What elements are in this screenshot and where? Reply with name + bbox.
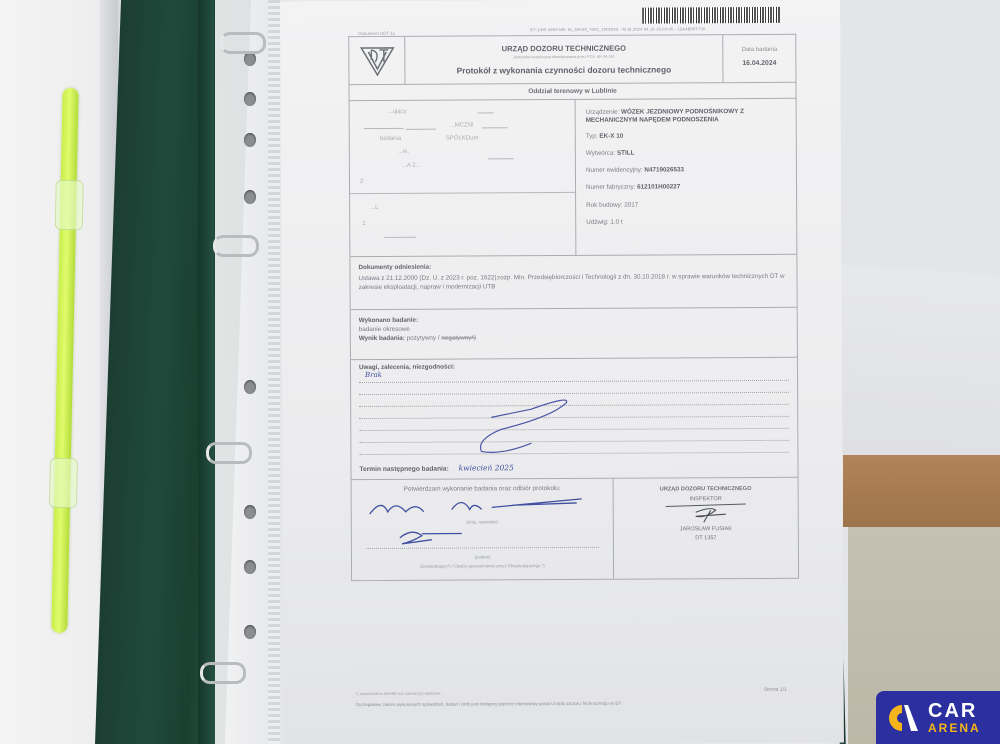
sleeve-perforation-strip: [268, 0, 280, 744]
type-value: EK-X 10: [599, 132, 623, 139]
next-exam-handwritten: kwiecień 2025: [459, 463, 514, 472]
registration-number-label: Numer ewidencyjny:: [586, 167, 643, 174]
serial-number-value: 612101H00227: [637, 184, 680, 191]
udt-inspection-protocol: ET-1/HS 4659 NR: ID_50049_7002_1002023 -…: [280, 0, 844, 744]
wooden-table-edge: [843, 455, 1000, 527]
redacted-text: ...ujący: [388, 109, 407, 115]
redacted-text: ...ie.: [398, 149, 409, 155]
udt-org-name: URZĄD DOZORU TECHNICZNEGO: [614, 486, 798, 493]
result-negative-struck: negatywny*): [441, 335, 476, 342]
result-label: Wynik badania:: [359, 335, 405, 342]
name-caption: (imię, nazwisko): [352, 519, 613, 525]
barcode: [642, 7, 780, 24]
signature-section: Potwierdzam wykonanie badania oraz odbió…: [352, 478, 799, 580]
device-details: Urządzenie: WÓZEK JEZDNIOWY PODNOŚNIKOWY…: [576, 99, 797, 255]
punch-hole: [244, 133, 256, 147]
binder-ring: [200, 662, 246, 684]
punch-hole: [244, 380, 256, 394]
role-caption: Eksploatujący*) / Osoby upoważnionej prz…: [352, 563, 613, 569]
punch-hole: [244, 625, 256, 639]
redacted-text: 2: [360, 179, 363, 185]
redacted-text: ...MCZNI: [450, 122, 474, 128]
capacity-value: 1.0 t: [610, 219, 622, 226]
punch-hole: [244, 52, 256, 66]
owner-device-section: ...ujący ...MCZNI badania SPÓŁKDum ...ie…: [350, 99, 797, 257]
client-confirmation: Potwierdzam wykonanie badania oraz odbió…: [352, 479, 615, 580]
manufacturer-value: STILL: [617, 150, 635, 157]
references-text: Ustawa z 21.12.2000 (Dz. U. z 2023 r. po…: [358, 272, 788, 293]
protocol-form: URZĄD DOZORU TECHNICZNEGO Jednostka insp…: [348, 34, 799, 581]
redacted-text: ...L: [370, 205, 378, 211]
strike-through-scribble: [471, 389, 581, 460]
binder-ring: [213, 235, 259, 257]
references-label: Dokumenty odniesienia:: [358, 261, 788, 272]
redacted-text: SPÓŁKDum: [446, 135, 479, 141]
footnote: *) niepotrzebne skreślić lub zaznaczyć w…: [356, 691, 441, 696]
punch-hole: [244, 505, 256, 519]
car-arena-watermark: CAR ARENA: [876, 691, 1000, 744]
client-signature-name: [362, 491, 592, 520]
punch-hole: [244, 560, 256, 574]
watermark-line2: ARENA: [928, 722, 981, 734]
binder-ring: [220, 32, 266, 54]
date-value: 16.04.2024: [723, 60, 795, 67]
result-separator: /: [438, 335, 440, 342]
signature-caption: (podpis): [352, 554, 613, 560]
remarks-label: Uwagi, zalecenia, niezgodności:: [359, 362, 789, 371]
org-subtitle: Jednostka inspekcyjna akredytowana przez…: [405, 54, 722, 60]
device-name-label: Urządzenie:: [586, 109, 620, 116]
punch-hole: [244, 92, 256, 106]
examination-section: Wykonano badanie: badanie okresowe Wynik…: [351, 308, 797, 360]
protocol-title: Protokół z wykonania czynności dozoru te…: [405, 64, 722, 76]
serial-number-label: Numer fabryczny:: [586, 184, 635, 191]
protocol-header: URZĄD DOZORU TECHNICZNEGO Jednostka insp…: [349, 35, 795, 85]
org-name: URZĄD DOZORU TECHNICZNEGO: [405, 43, 722, 54]
redacted-text: badania: [380, 136, 401, 142]
type-label: Typ:: [586, 132, 598, 139]
owner-block-redacted: ...ujący ...MCZNI badania SPÓŁKDum ...ie…: [350, 100, 577, 256]
background-sheet: [840, 264, 1000, 465]
inspector-block: URZĄD DOZORU TECHNICZNEGO INSPEKTOR JARO…: [614, 478, 799, 579]
binder-fold: [198, 0, 214, 744]
registration-number-value: N4719026533: [644, 167, 684, 174]
capacity-label: Udźwig:: [586, 219, 608, 226]
inspector-id: DT 1357: [614, 535, 798, 542]
redacted-text: 1: [362, 221, 365, 227]
date-label: Data badania: [723, 47, 795, 53]
car-arena-logo-icon: [886, 701, 920, 735]
manufacturer-label: Wytwórca:: [586, 150, 615, 157]
client-signature: [392, 527, 472, 547]
page-number: Strona 1/1: [764, 687, 787, 693]
next-exam-row: Termin następnego badania: kwiecień 2025: [359, 463, 513, 473]
punch-hole: [244, 190, 256, 204]
reference-documents: Dokumenty odniesienia: Ustawa z 21.12.20…: [350, 255, 796, 310]
redacted-text: ...A 2...: [402, 163, 421, 169]
photo-scene: ET-1/HS 4659 NR: ID_50049_7002_1002023 -…: [0, 0, 1000, 744]
result-positive: pozytywny: [407, 335, 436, 342]
barcode-text: ET-1/HS 4659 NR: ID_50049_7002_1002023 -…: [530, 26, 709, 32]
inspector-signature: [656, 502, 756, 525]
remarks-handwritten: Brak: [365, 371, 382, 379]
build-year-value: 2017: [624, 201, 638, 208]
watermark-line1: CAR: [928, 701, 981, 721]
binder-ring: [206, 442, 252, 464]
next-exam-label: Termin następnego badania:: [359, 466, 448, 473]
footer-text: Szczegółowy zakres wykonanych sprawdzeń,…: [356, 701, 622, 707]
build-year-label: Rok budowy:: [586, 201, 622, 208]
remarks-section: Uwagi, zalecenia, niezgodności: Brak Ter…: [351, 358, 798, 480]
inspector-name: JAROSŁAW FUSIAK: [614, 526, 798, 533]
udt-logo-icon: [349, 37, 405, 84]
